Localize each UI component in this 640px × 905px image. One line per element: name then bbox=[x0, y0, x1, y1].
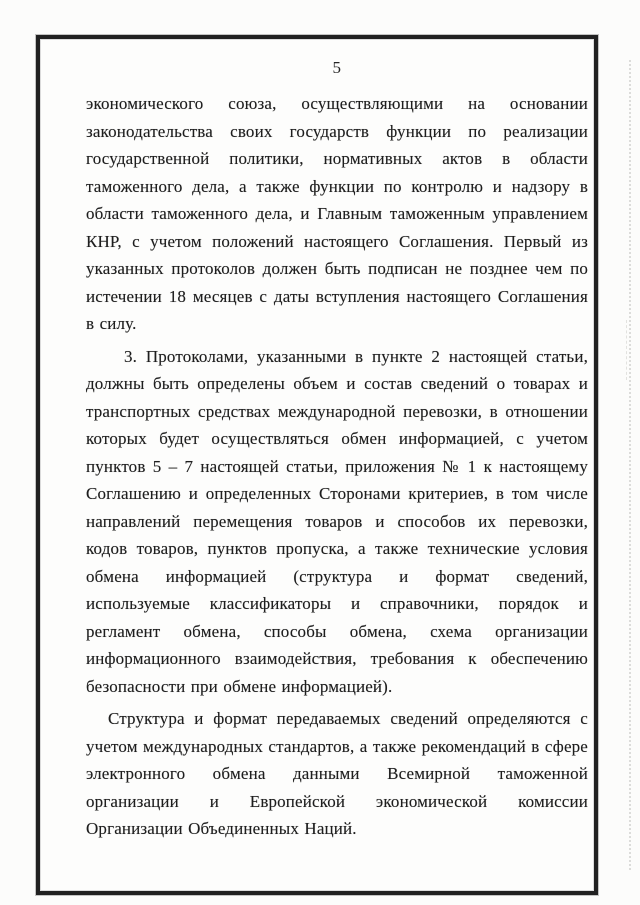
page-number: 5 bbox=[86, 57, 588, 79]
document-border-frame: 5 экономического союза, осуществляющими … bbox=[36, 35, 598, 895]
paragraph-clause-3: 3. Протоколами, указанными в пункте 2 на… bbox=[86, 343, 588, 701]
scan-artifact-dotted-line bbox=[629, 60, 631, 870]
page-content: 5 экономического союза, осуществляющими … bbox=[40, 39, 594, 891]
scan-artifact-specks bbox=[626, 320, 630, 380]
paragraph-structure-format: Структура и формат передаваемых сведений… bbox=[86, 705, 588, 843]
scanned-document-page: 5 экономического союза, осуществляющими … bbox=[0, 0, 640, 905]
paragraph-continuation: экономического союза, осуществляющими на… bbox=[86, 90, 588, 338]
